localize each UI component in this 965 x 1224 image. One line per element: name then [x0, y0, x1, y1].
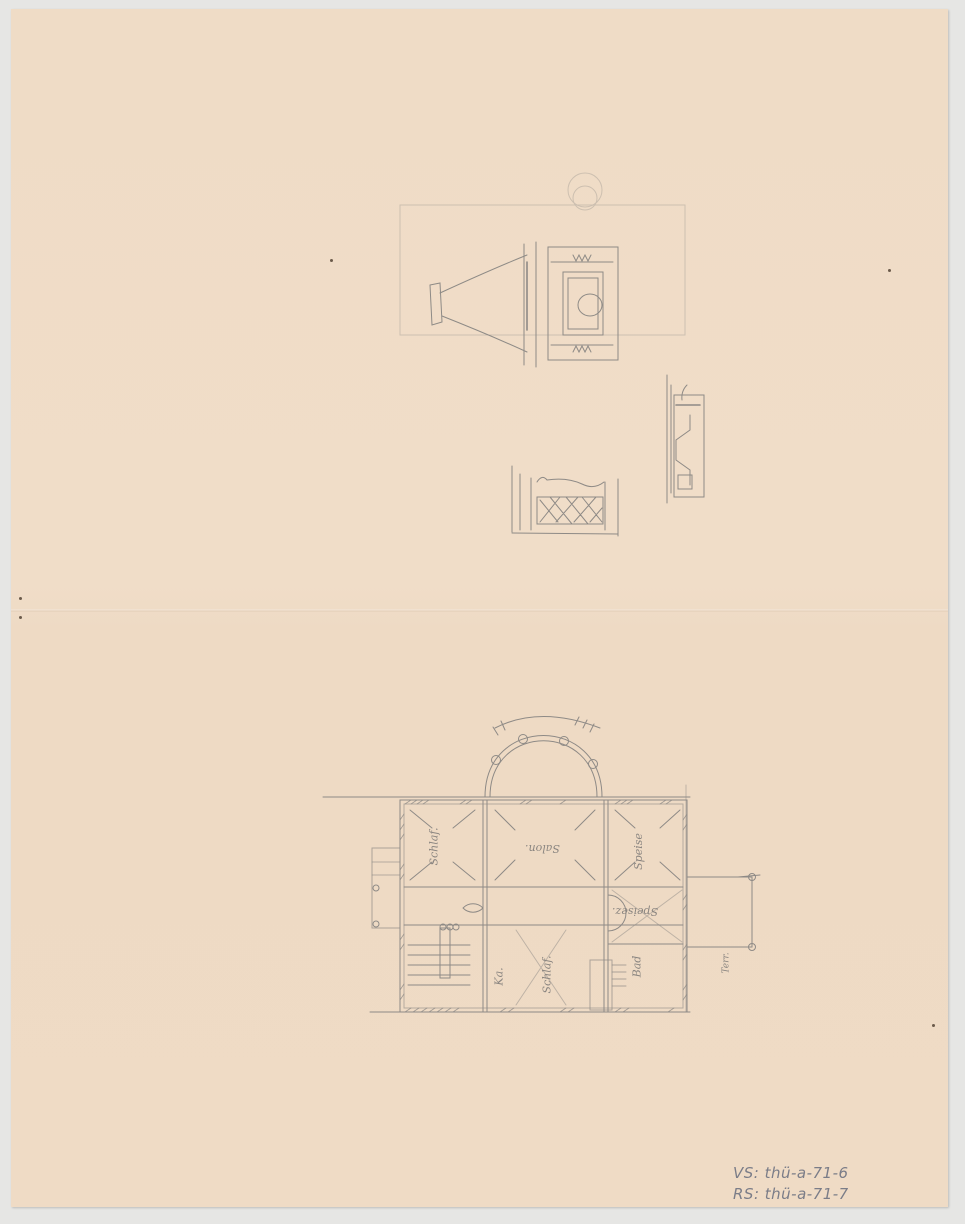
room-label: Schlaf. — [428, 827, 441, 865]
apse-arch — [485, 717, 602, 798]
pencil-drawing — [0, 0, 965, 1224]
room-label: Terr. — [722, 952, 732, 973]
inventory-annotation: VS: thü-a-71-6 RS: thü-a-71-7 — [733, 1163, 849, 1205]
room-label: Bad — [630, 956, 643, 978]
annotation-line-front: VS: thü-a-71-6 — [733, 1163, 849, 1184]
bed-sketch — [512, 466, 618, 536]
annotation-line-back: RS: thü-a-71-7 — [733, 1184, 849, 1205]
room-label: Speise — [632, 833, 645, 870]
fireplace-sketch — [430, 242, 618, 367]
construction-lines — [400, 173, 685, 335]
room-label: Ka. — [493, 967, 506, 985]
room-label: Salon. — [525, 842, 560, 855]
staircase — [408, 924, 470, 985]
room-label: Speisez. — [612, 905, 658, 918]
wall-section-sketch — [667, 375, 704, 503]
room-label: Schlaf. — [541, 955, 554, 993]
